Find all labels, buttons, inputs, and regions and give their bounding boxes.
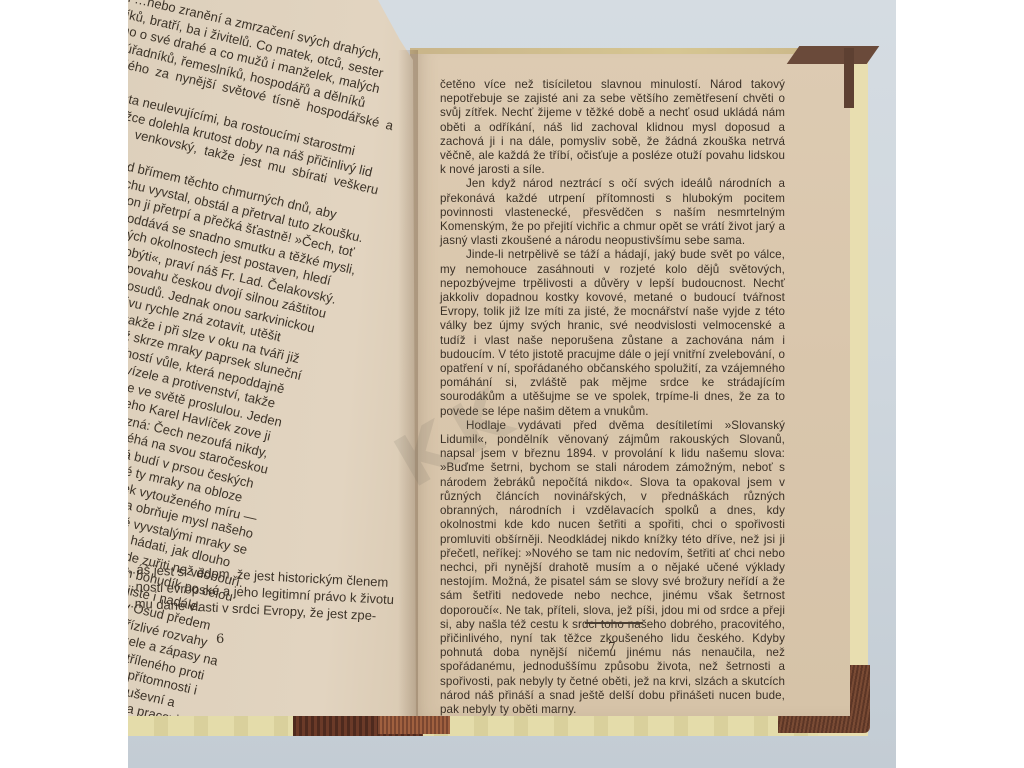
- paragraph: četěno více než tisíciletou slavnou minu…: [440, 78, 785, 177]
- paragraph: Hodlaje vydávati před dvěma desítiletími…: [440, 419, 785, 717]
- page-number-right: 7: [608, 640, 616, 654]
- paragraph: Jen když národ neztrácí s očí svých ideá…: [440, 177, 785, 248]
- cover-corner-top: [787, 46, 880, 64]
- left-page-text: …zkosti …nebo zranění a zmrzačení svých …: [128, 0, 410, 762]
- book-photo: četěno více než tisíciletou slavnou minu…: [128, 0, 896, 768]
- left-page: …zkosti …nebo zranění a zmrzačení svých …: [128, 0, 428, 716]
- gutter-shadow: [398, 50, 418, 716]
- page-number-left: 6: [216, 632, 224, 647]
- section-rule: [585, 622, 643, 624]
- right-page-top-edge: [410, 48, 850, 54]
- cover-corner-right: [844, 48, 854, 108]
- spine-headband-secondary: [378, 716, 450, 734]
